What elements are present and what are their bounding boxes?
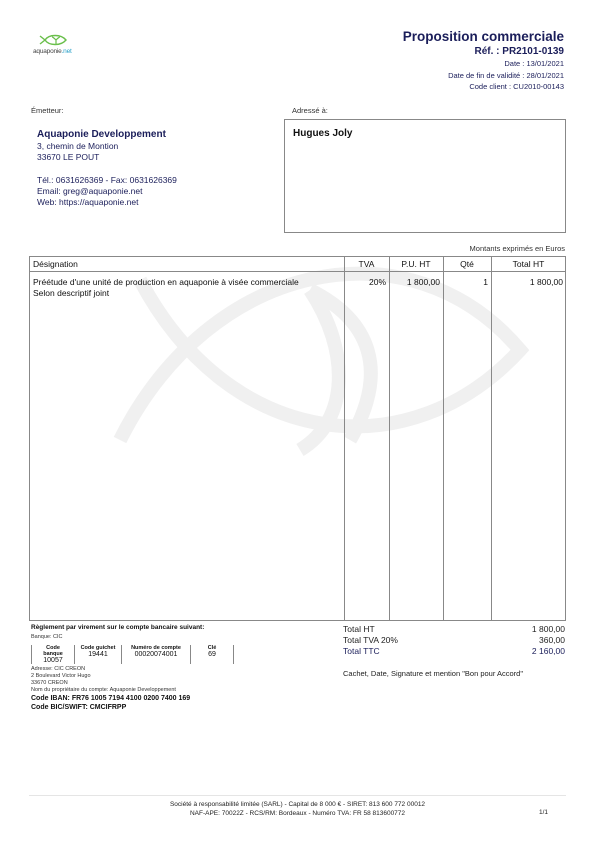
key-cell: Clé 69 — [191, 645, 234, 664]
bank-code-label: Code banque — [37, 645, 69, 657]
column-divider — [491, 257, 492, 620]
total-tva-value: 360,00 — [539, 635, 565, 646]
total-ht-row: Total HT 1 800,00 — [343, 624, 565, 635]
branch-code-value: 19441 — [80, 651, 116, 658]
account-number-cell: Numéro de compte 00020074001 — [122, 645, 191, 664]
item-tva: 20% — [344, 277, 386, 288]
client-code: Code client : CU2010-00143 — [403, 81, 564, 93]
signature-note: Cachet, Date, Signature et mention "Bon … — [343, 669, 523, 678]
bic: Code BIC/SWIFT: CMCIFRPP — [31, 703, 331, 712]
header-pu-ht: P.U. HT — [389, 259, 443, 269]
bank-address-line1: Adresse: CIC CREON — [31, 666, 331, 673]
payment-title: Règlement par virement sur le compte ban… — [31, 624, 331, 631]
document-reference: Réf. : PR2101-0139 — [403, 45, 564, 58]
total-tva-label: Total TVA 20% — [343, 635, 398, 646]
recipient-name: Hugues Joly — [293, 128, 352, 139]
column-divider — [389, 257, 390, 620]
total-tva-row: Total TVA 20% 360,00 — [343, 635, 565, 646]
total-ht-value: 1 800,00 — [532, 624, 565, 635]
bank-code-value: 10057 — [37, 657, 69, 664]
totals-block: Total HT 1 800,00 Total TVA 20% 360,00 T… — [343, 624, 565, 657]
total-ttc-label: Total TTC — [343, 646, 380, 657]
footer-legal-line1: Société à responsabilité limitée (SARL) … — [100, 800, 495, 809]
header-tva: TVA — [344, 259, 389, 269]
company-logo: aquaponie.net — [30, 30, 90, 60]
sender-block: Aquaponie Developpement 3, chemin de Mon… — [37, 128, 177, 208]
account-owner: Nom du propriétaire du compte: Aquaponie… — [31, 687, 331, 694]
currency-note: Montants exprimés en Euros — [470, 244, 565, 253]
total-ttc-row: Total TTC 2 160,00 — [343, 646, 565, 657]
footer-legal-line2: NAF-APE: 70022Z - RCS/RM: Bordeaux - Num… — [100, 809, 495, 818]
footer-divider — [29, 795, 566, 796]
iban: Code IBAN: FR76 1005 7194 4100 0200 7400… — [31, 694, 331, 703]
header-designation: Désignation — [33, 259, 78, 269]
recipient-label: Adressé à: — [292, 106, 328, 115]
total-ht-label: Total HT — [343, 624, 375, 635]
sender-email: Email: greg@aquaponie.net — [37, 186, 177, 197]
sender-phone: Tél.: 0631626369 - Fax: 0631626369 — [37, 175, 177, 186]
bank-name: Banque: CIC — [31, 634, 331, 641]
document-header: Proposition commerciale Réf. : PR2101-01… — [403, 29, 564, 93]
bank-details-table: Code banque 10057 Code guichet 19441 Num… — [31, 645, 331, 664]
key-value: 69 — [196, 651, 228, 658]
item-qty: 1 — [443, 277, 488, 288]
bank-address-line2: 2 Boulevard Victor Hugo — [31, 673, 331, 680]
sender-address-line1: 3, chemin de Montion — [37, 141, 177, 152]
items-table: Désignation TVA P.U. HT Qté Total HT Pré… — [29, 256, 566, 621]
account-number-value: 00020074001 — [127, 651, 185, 658]
payment-info: Règlement par virement sur le compte ban… — [31, 624, 331, 712]
total-ttc-value: 2 160,00 — [532, 646, 565, 657]
fish-sprout-logo-icon — [39, 32, 69, 48]
document-date: Date : 13/01/2021 — [403, 58, 564, 70]
sender-name: Aquaponie Developpement — [37, 128, 177, 141]
column-divider — [443, 257, 444, 620]
item-designation: Préétude d'une unité de production en aq… — [33, 277, 299, 288]
table-row: Préétude d'une unité de production en aq… — [33, 277, 299, 299]
header-total-ht: Total HT — [491, 259, 566, 269]
sender-web: Web: https://aquaponie.net — [37, 197, 177, 208]
bank-address-line3: 33670 CREON — [31, 680, 331, 687]
branch-code-cell: Code guichet 19441 — [75, 645, 122, 664]
logo-wordmark: aquaponie.net — [33, 48, 72, 55]
item-description: Selon descriptif joint — [33, 288, 299, 299]
sender-label: Émetteur: — [31, 106, 64, 115]
page-number: 1/1 — [539, 809, 548, 816]
header-qty: Qté — [443, 259, 491, 269]
footer: Société à responsabilité limitée (SARL) … — [100, 800, 495, 818]
document-title: Proposition commerciale — [403, 29, 564, 45]
validity-date: Date de fin de validité : 28/01/2021 — [403, 70, 564, 82]
column-divider — [344, 257, 345, 620]
bank-code-cell: Code banque 10057 — [32, 645, 75, 664]
sender-address-line2: 33670 LE POUT — [37, 152, 177, 163]
recipient-box: Hugues Joly — [284, 119, 566, 233]
item-pu-ht: 1 800,00 — [389, 277, 440, 288]
item-total-ht: 1 800,00 — [491, 277, 563, 288]
